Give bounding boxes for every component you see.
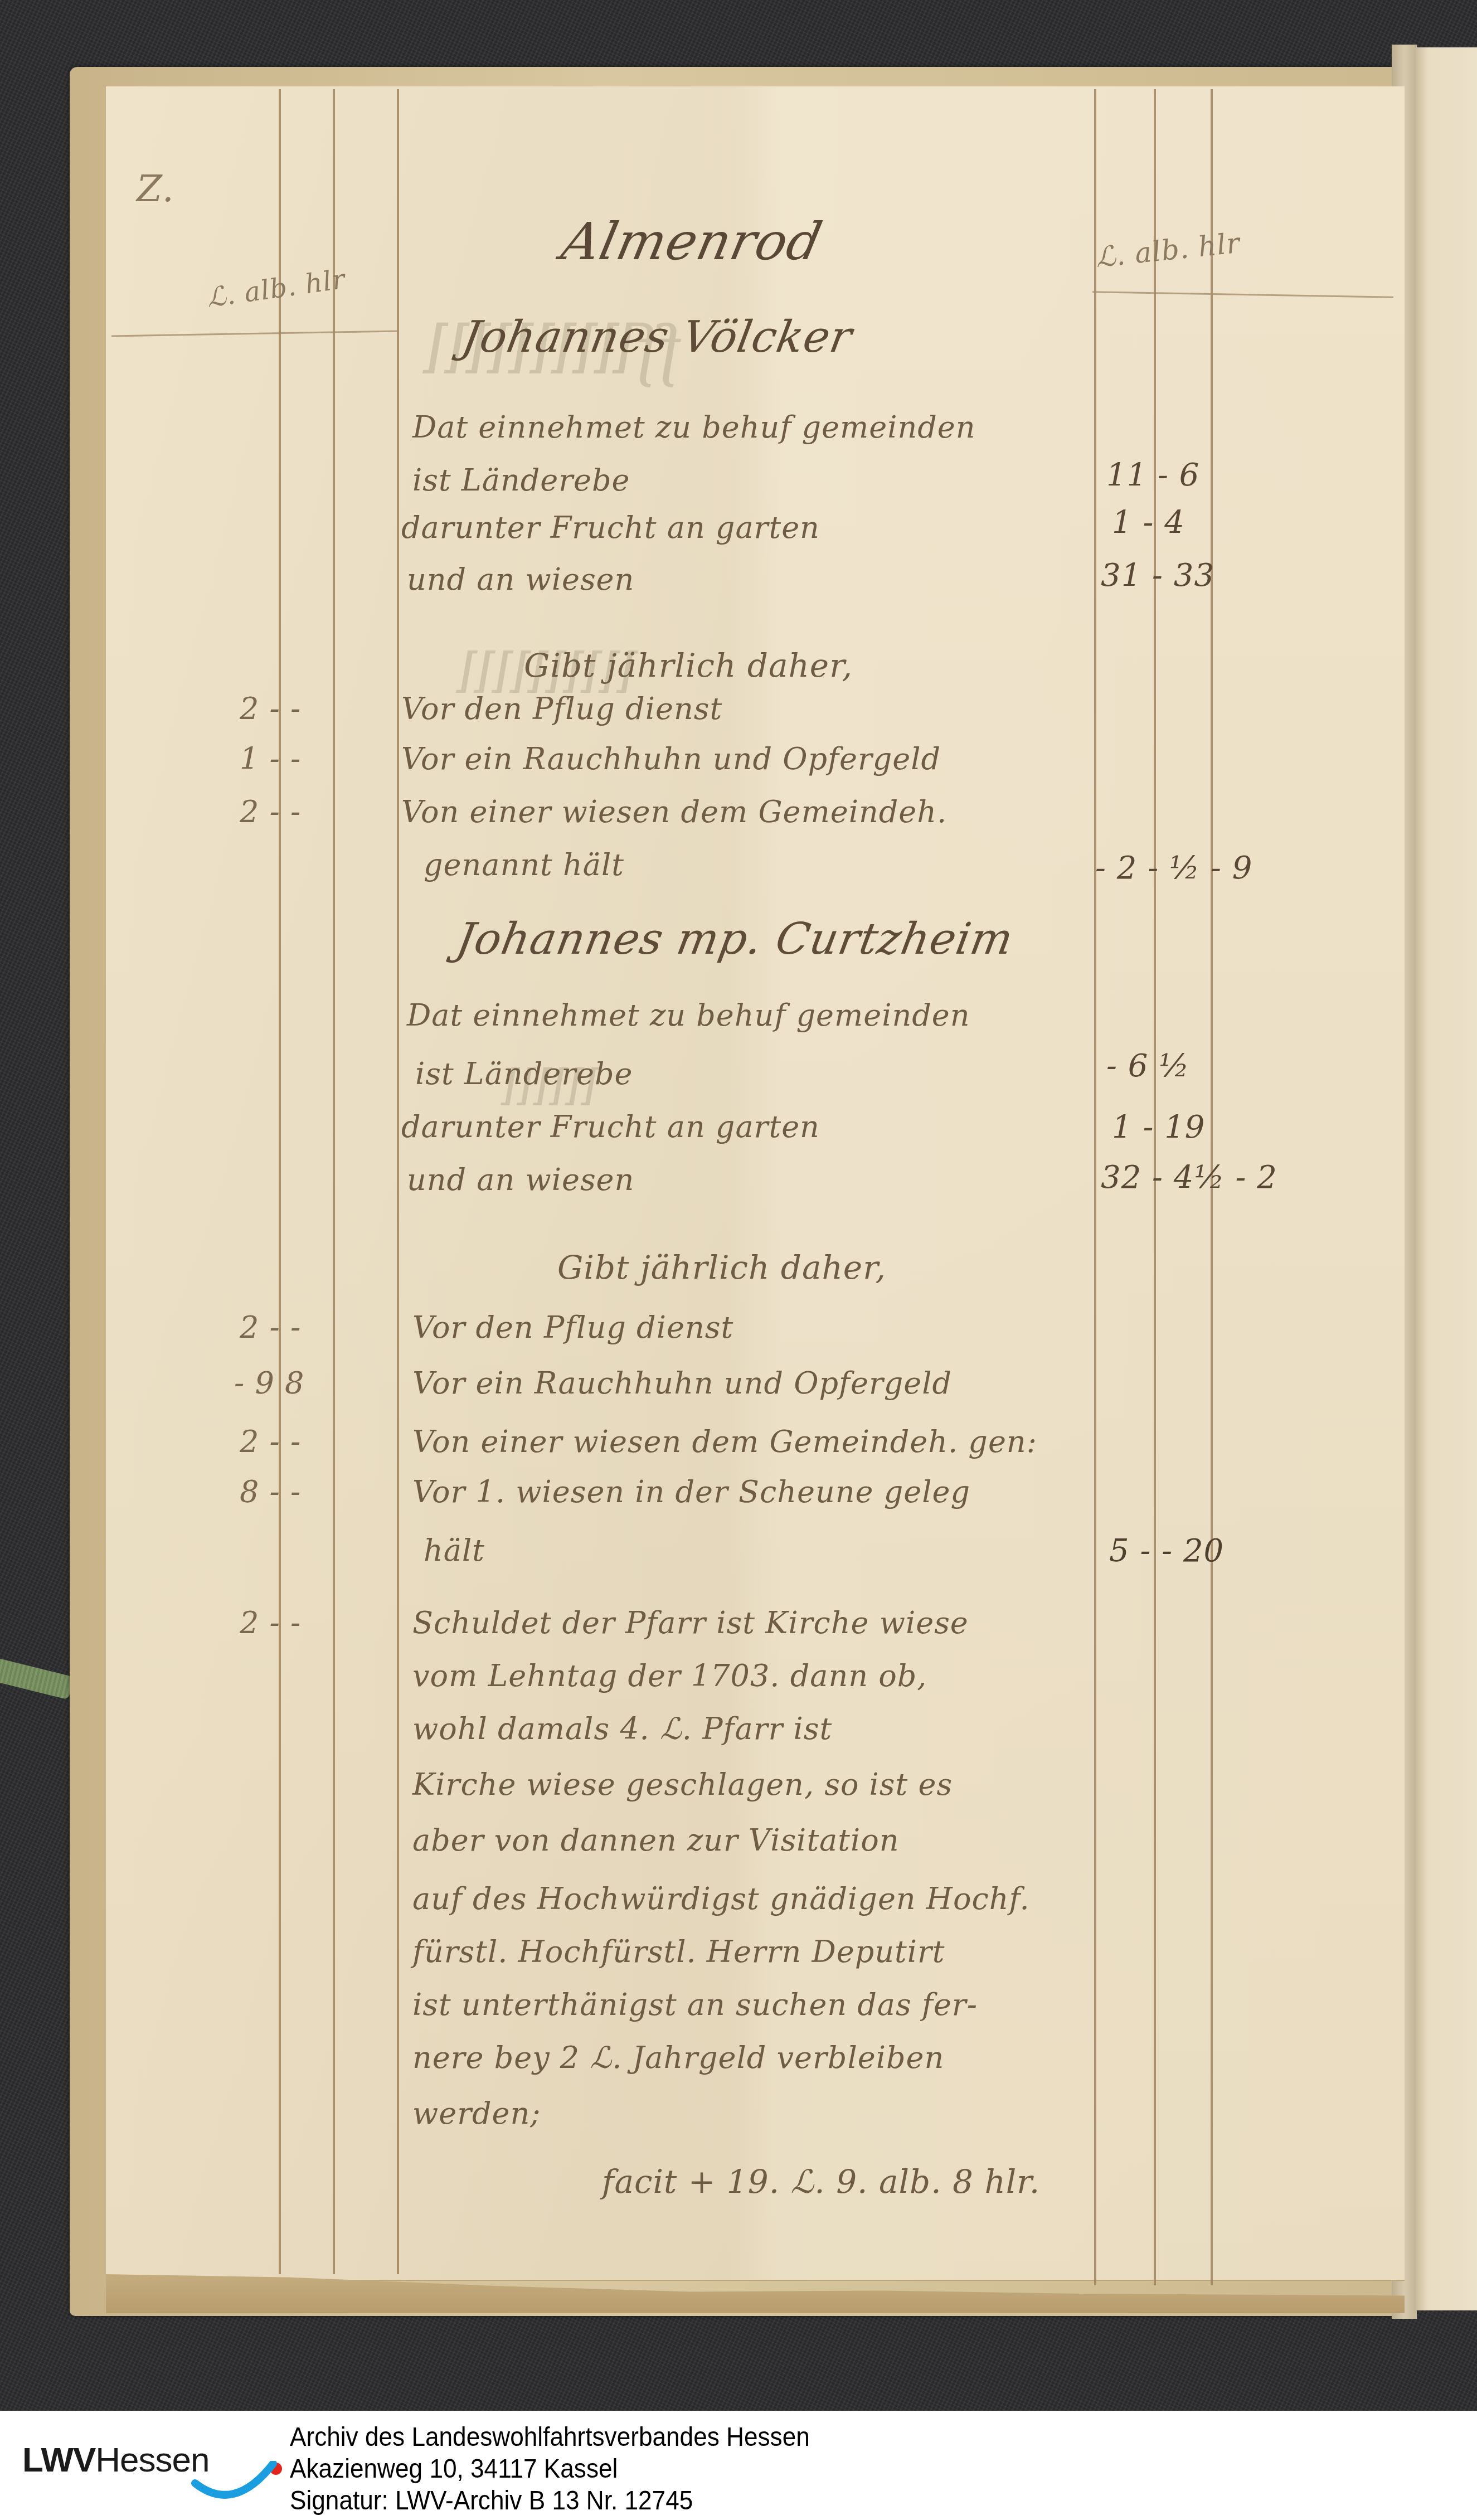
adjacent-page-edge bbox=[1416, 47, 1477, 2310]
lwv-hessen-logo: LWVHessen bbox=[22, 2430, 268, 2514]
entry-1-item-3-margin: 2 - - bbox=[240, 794, 301, 829]
entry-2-amount-2: 1 - 19 bbox=[1112, 1109, 1205, 1145]
final-line-8: ist unterthänigst an suchen das fer- bbox=[412, 1987, 978, 2022]
entry-1-line-1: Dat einnehmet zu behuf gemeinden bbox=[412, 410, 976, 445]
entry-2-name: Johannes mp. Curtzheim bbox=[453, 914, 1017, 964]
archive-address: Akazienweg 10, 34117 Kassel bbox=[290, 2454, 618, 2485]
entry-2-item-2-margin: - 9 8 bbox=[234, 1366, 304, 1401]
final-line-7: fürstl. Hochfürstl. Herrn Deputirt bbox=[412, 1934, 945, 1969]
rule-left-2 bbox=[333, 89, 335, 2274]
final-line-2: vom Lehntag der 1703. dann ob, bbox=[412, 1658, 927, 1693]
final-line-6: auf des Hochwürdigst gnädigen Hochf. bbox=[412, 1881, 1030, 1916]
logo-wordmark: LWVHessen bbox=[22, 2440, 210, 2480]
section-title: Almenrod bbox=[557, 212, 828, 271]
entry-2-line-4: und an wiesen bbox=[407, 1162, 634, 1197]
entry-1-subheading: Gibt jährlich daher, bbox=[524, 647, 853, 684]
entry-2-total: 5 - - 20 bbox=[1109, 1533, 1224, 1569]
logo-wordmark-bold: LWV bbox=[22, 2441, 95, 2479]
final-line-4: Kirche wiese geschlagen, so ist es bbox=[412, 1767, 953, 1802]
entry-2-item-4-margin: 8 - - bbox=[240, 1474, 301, 1509]
folio-mark: Z. bbox=[137, 167, 174, 210]
final-paragraph-margin: 2 - - bbox=[240, 1605, 301, 1640]
entry-2-total-label: hält bbox=[424, 1533, 485, 1568]
entry-1-item-2-margin: 1 - - bbox=[240, 741, 301, 776]
rule-right-1 bbox=[1094, 89, 1096, 2285]
entry-2-line-1: Dat einnehmet zu behuf gemeinden bbox=[407, 998, 970, 1033]
entry-1-item-3-text: Von einer wiesen dem Gemeindeh. bbox=[401, 794, 947, 829]
archive-name: Archiv des Landeswohlfahrtsverbandes Hes… bbox=[290, 2422, 810, 2453]
entry-2-item-4-text: Vor 1. wiesen in der Scheune geleg bbox=[412, 1474, 970, 1509]
final-line-10: werden; bbox=[412, 2096, 541, 2131]
entry-1-line-4: und an wiesen bbox=[407, 562, 634, 597]
entry-2-item-3-text: Von einer wiesen dem Gemeindeh. gen: bbox=[412, 1424, 1037, 1459]
final-line-1: Schuldet der Pfarr ist Kirche wiese bbox=[412, 1605, 969, 1640]
rule-left-3 bbox=[397, 89, 399, 2274]
entry-1-amount-3: 31 - 33 bbox=[1101, 557, 1214, 594]
entry-2-line-2: ist Länderebe bbox=[415, 1056, 633, 1091]
rule-left-1 bbox=[279, 89, 281, 2274]
entry-2-amount-3: 32 - 4½ - 2 bbox=[1101, 1159, 1277, 1196]
entry-1-item-2-text: Vor ein Rauchhuhn und Opfergeld bbox=[401, 741, 941, 776]
entry-1-item-1-text: Vor den Pflug dienst bbox=[401, 691, 722, 726]
final-line-3: wohl damals 4. ℒ. Pfarr ist bbox=[412, 1711, 832, 1746]
archive-signature: Signatur: LWV-Archiv B 13 Nr. 12745 bbox=[290, 2485, 693, 2517]
entry-1-total-label: genannt hält bbox=[424, 847, 624, 882]
entry-2-amount-1: - 6 ½ bbox=[1106, 1048, 1189, 1084]
entry-1-amount-2: 1 - 4 bbox=[1112, 504, 1185, 541]
final-line-9: nere bey 2 ℒ. Jahrgeld verbleiben bbox=[412, 2040, 944, 2075]
entry-1-item-1-margin: 2 - - bbox=[240, 691, 301, 726]
logo-smile-icon bbox=[190, 2461, 279, 2517]
entry-2-item-2-text: Vor ein Rauchhuhn und Opfergeld bbox=[412, 1366, 952, 1401]
entry-1-line-3: darunter Frucht an garten bbox=[401, 510, 820, 545]
final-sum: facit + 19. ℒ. 9. alb. 8 hlr. bbox=[602, 2163, 1040, 2201]
final-line-5: aber von dannen zur Visitation bbox=[412, 1823, 900, 1858]
entry-1-amount-1: 11 - 6 bbox=[1106, 457, 1199, 493]
entry-2-item-1-margin: 2 - - bbox=[240, 1310, 301, 1345]
entry-1-total: - 2 - ½ - 9 bbox=[1095, 850, 1252, 886]
entry-2-subheading: Gibt jährlich daher, bbox=[557, 1249, 886, 1286]
entry-2-item-1-text: Vor den Pflug dienst bbox=[412, 1310, 733, 1345]
entry-2-line-3: darunter Frucht an garten bbox=[401, 1109, 820, 1144]
entry-1-line-2: ist Länderebe bbox=[412, 463, 630, 498]
entry-2-item-3-margin: 2 - - bbox=[240, 1424, 301, 1459]
entry-1-name: Johannes Völcker bbox=[458, 312, 856, 362]
